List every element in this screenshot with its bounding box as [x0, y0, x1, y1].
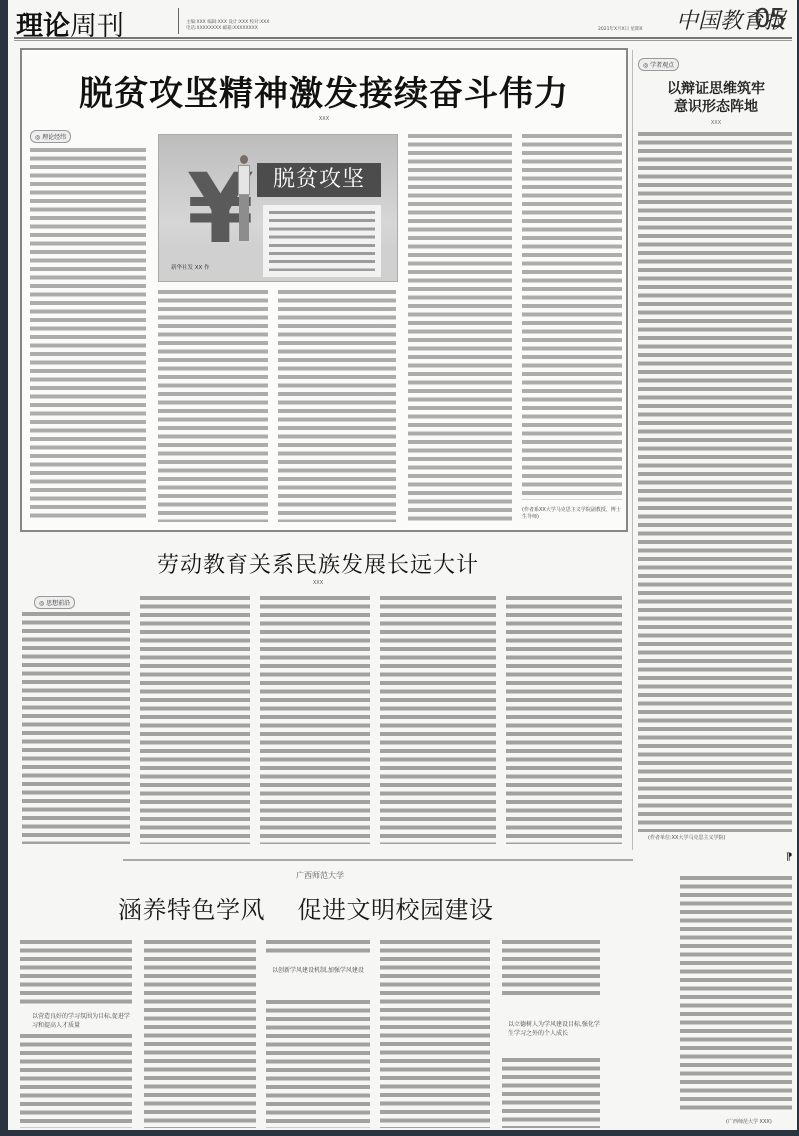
labor-text-col-3 — [260, 596, 370, 844]
person-figure-icon — [237, 155, 251, 243]
bottom-callout-1: 以营造良好的学习氛围为目标,促进学习和提高人才质量 — [32, 1012, 132, 1030]
lead-text-col-1 — [30, 148, 146, 522]
illustration-text-panel — [263, 205, 381, 277]
bottom-text-col-1a — [20, 940, 132, 1006]
column-tag-label: 学者观点 — [650, 62, 674, 69]
lead-text-col-4 — [408, 134, 512, 522]
bottom-text-col-1b — [20, 1034, 132, 1128]
labor-byline: XXX — [8, 580, 628, 586]
bottom-headline: 涵养特色学风 促进文明校园建设 — [118, 890, 494, 925]
labor-headline: 劳动教育关系民族发展长远大计 — [8, 548, 628, 579]
bottom-institution: 广西师范大学 — [296, 870, 344, 881]
bottom-text-col-5b — [502, 1058, 600, 1128]
illustration-poverty-alleviation: ¥ 脱贫攻坚 新华社发 XX 作 — [158, 134, 398, 282]
column-tag-lead: ◎ 理论经纬 — [30, 130, 71, 143]
illustration-title: 脱贫攻坚 — [257, 163, 381, 197]
bottom-text-col-6 — [680, 876, 792, 1112]
column-tag-label: 思想前沿 — [46, 600, 70, 607]
bottom-text-col-5a — [502, 940, 600, 996]
sidebar-headline-line-1: 以辩证思维筑牢 — [636, 80, 796, 98]
illustration-caption: 新华社发 XX 作 — [171, 263, 210, 271]
masthead-divider — [178, 8, 179, 34]
sidebar-headline-line-2: 意识形态阵地 — [636, 98, 796, 116]
bottom-credit: (广西师范大学 XXX) — [726, 1118, 772, 1125]
newspaper-page: 理论周刊 主编:XXX 编辑:XXX 设计:XXX 校对:XXX 电话:XXXX… — [8, 0, 797, 1136]
sidebar-headline: 以辩证思维筑牢 意识形态阵地 — [636, 80, 796, 116]
sidebar-text — [638, 132, 792, 832]
labor-text-col-4 — [380, 596, 496, 844]
lead-text-col-3 — [278, 290, 396, 522]
page-bottom-edge — [8, 1130, 797, 1136]
sidebar-divider — [632, 50, 633, 850]
lead-end-note: (作者系XX大学马克思主义学院副教授、博士生导师) — [522, 506, 622, 520]
labor-text-col-2 — [140, 596, 250, 844]
bottom-text-col-4 — [380, 940, 490, 1128]
masthead-rule — [14, 37, 792, 41]
issue-date: 2021年X月X日 星期X — [598, 26, 643, 32]
column-tag-icon: ◎ — [35, 134, 40, 141]
page-number: 05 — [754, 4, 785, 34]
lead-headline: 脱贫攻坚精神激发接续奋斗伟力 — [22, 66, 626, 115]
masthead-editors: 主编:XXX 编辑:XXX 设计:XXX 校对:XXX 电话:XXXXXXXX … — [186, 20, 336, 32]
bottom-callout-3: 以立德树人为学风建设目标,强化学生学习之外的个人成长 — [508, 1020, 600, 1038]
sidebar-byline: XXX — [636, 120, 796, 126]
column-tag-icon: ◎ — [643, 62, 648, 69]
column-tag-labor: ◎ 思想前沿 — [34, 596, 75, 609]
column-tag-sidebar: ◎ 学者观点 — [638, 58, 679, 71]
sidebar-end-note: (作者单位:XX大学马克思主义学院) — [648, 834, 794, 841]
bottom-text-col-3b — [266, 1000, 370, 1128]
lead-article: 脱贫攻坚精神激发接续奋斗伟力 XXX ◎ 理论经纬 ¥ 脱贫攻坚 新华社发 XX… — [20, 48, 628, 532]
bottom-text-col-3a — [266, 940, 370, 954]
column-tag-icon: ◎ — [39, 600, 44, 607]
column-tag-label: 理论经纬 — [42, 134, 66, 141]
contact-line: 电话:XXXXXXXX 邮箱:XXXXXXXX — [186, 26, 336, 32]
lead-byline: XXX — [22, 116, 626, 122]
lead-text-col-2 — [158, 290, 268, 522]
lead-text-col-5 — [522, 134, 622, 500]
bottom-text-col-2 — [144, 940, 256, 1128]
bottom-callout-2: 以创新学风建设机制,加强学风建设 — [272, 966, 368, 975]
masthead: 理论周刊 主编:XXX 编辑:XXX 设计:XXX 校对:XXX 电话:XXXX… — [8, 0, 797, 42]
labor-text-col-1 — [22, 612, 130, 844]
corner-mark-icon: ⁋ — [786, 852, 792, 863]
labor-text-col-5 — [506, 596, 622, 844]
bottom-article-rule — [123, 859, 633, 861]
